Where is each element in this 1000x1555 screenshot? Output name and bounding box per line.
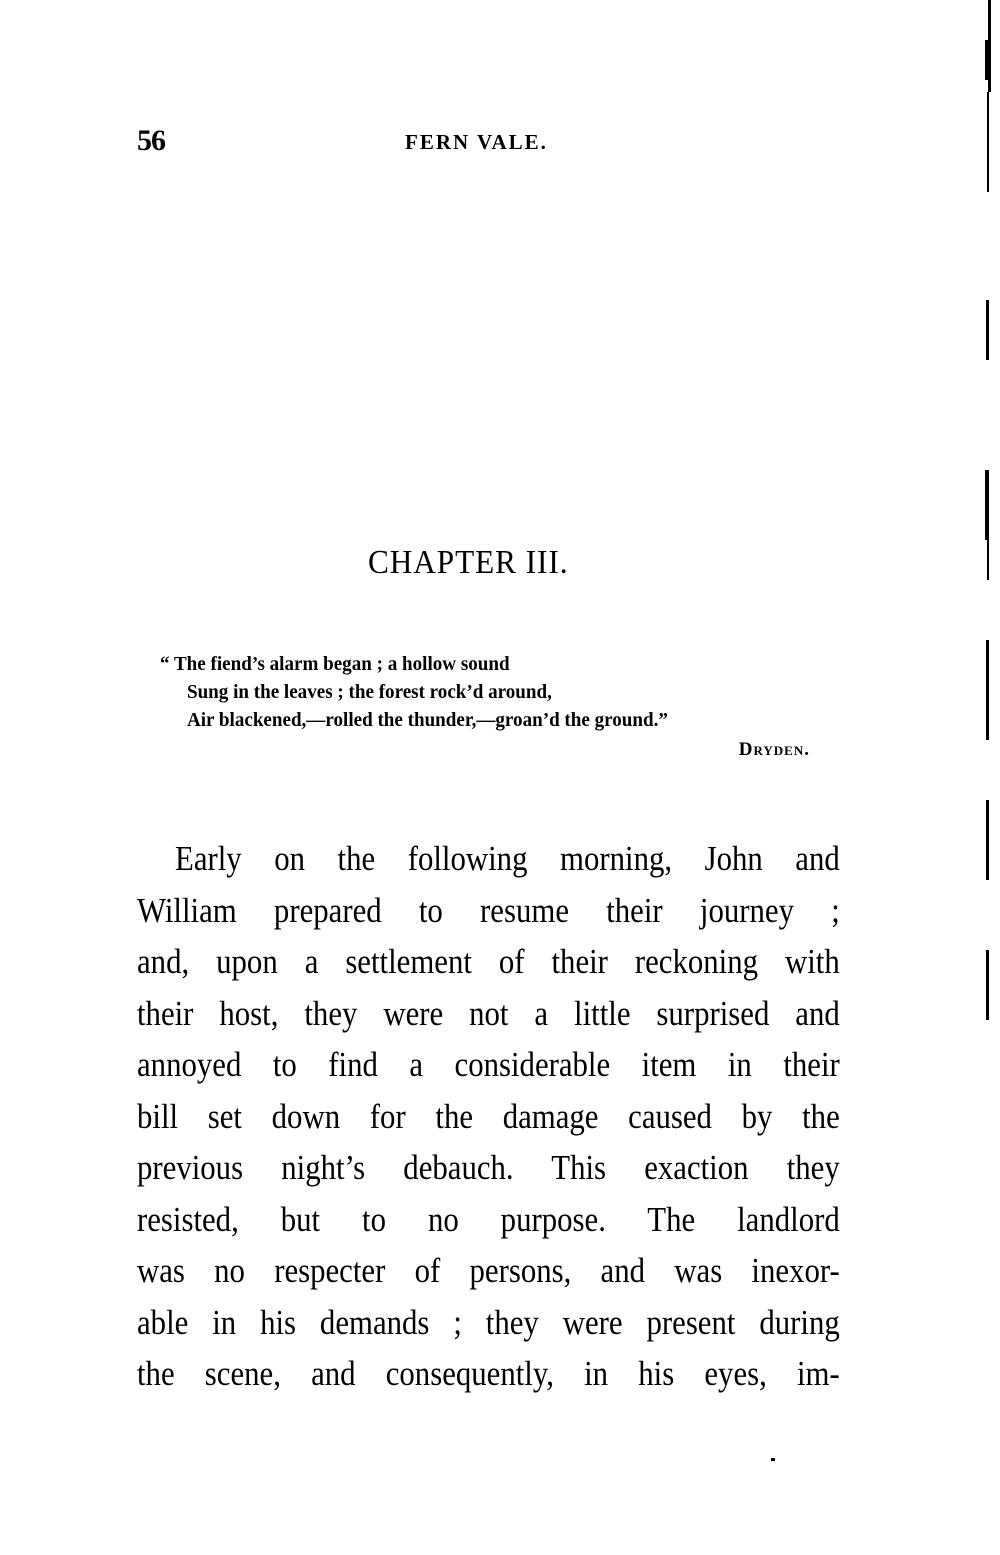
text-line: was no respecter of persons, and was ine… bbox=[137, 1245, 840, 1297]
text-line: their host, they were not a little surpr… bbox=[137, 988, 840, 1040]
text-line: bill set down for the damage caused by t… bbox=[137, 1091, 840, 1143]
chapter-title: CHAPTER III. bbox=[368, 544, 568, 582]
text-line: the scene, and consequently, in his eyes… bbox=[137, 1348, 840, 1400]
scan-speck bbox=[771, 1458, 775, 1461]
scan-edge-mark bbox=[986, 950, 989, 1020]
body-paragraph: Early on the following morning, John and… bbox=[137, 833, 840, 1400]
text-line: William prepared to resume their journey… bbox=[137, 885, 840, 937]
text-line: and, upon a settlement of their reckonin… bbox=[137, 936, 840, 988]
text-line: resisted, but to no purpose. The landlor… bbox=[137, 1194, 840, 1246]
epigraph-attribution: Dryden. bbox=[160, 736, 840, 764]
epigraph-line: Sung in the leaves ; the forest rock’d a… bbox=[160, 678, 792, 706]
scan-edge-mark bbox=[986, 800, 989, 880]
text-line-content: was no respecter of persons, and was ine… bbox=[137, 1245, 840, 1297]
scan-edge-mark bbox=[985, 470, 989, 540]
text-line-content: their host, they were not a little surpr… bbox=[137, 988, 840, 1040]
text-line-content: previous night’s debauch. This exaction … bbox=[137, 1142, 840, 1194]
scan-edge-mark bbox=[985, 40, 990, 80]
epigraph: “ The fiend’s alarm began ; a hollow sou… bbox=[160, 650, 840, 764]
text-line-content: and, upon a settlement of their reckonin… bbox=[137, 936, 840, 988]
text-line-content: resisted, but to no purpose. The landlor… bbox=[137, 1194, 840, 1246]
scan-edge-mark bbox=[986, 640, 989, 740]
epigraph-line: Air blackened,—rolled the thunder,—groan… bbox=[160, 706, 792, 734]
scan-edge-mark bbox=[987, 92, 989, 192]
text-line: previous night’s debauch. This exaction … bbox=[137, 1142, 840, 1194]
text-line: annoyed to find a considerable item in t… bbox=[137, 1039, 840, 1091]
text-line-content: William prepared to resume their journey… bbox=[137, 885, 840, 937]
book-page: { "header": { "page_number": "56", "runn… bbox=[0, 0, 1000, 1555]
scan-edge-mark bbox=[987, 540, 989, 580]
text-line-content: able in his demands ; they were present … bbox=[137, 1297, 840, 1349]
text-line: Early on the following morning, John and bbox=[137, 833, 840, 885]
epigraph-line: “ The fiend’s alarm began ; a hollow sou… bbox=[160, 650, 792, 678]
text-line-content: bill set down for the damage caused by t… bbox=[137, 1091, 840, 1143]
text-line-content: the scene, and consequently, in his eyes… bbox=[137, 1348, 840, 1400]
text-line-content: Early on the following morning, John and bbox=[175, 833, 840, 885]
text-line: able in his demands ; they were present … bbox=[137, 1297, 840, 1349]
page-number: 56 bbox=[137, 124, 165, 158]
scan-edge-mark bbox=[986, 300, 989, 360]
running-head: FERN VALE. bbox=[405, 130, 548, 155]
text-line-content: annoyed to find a considerable item in t… bbox=[137, 1039, 840, 1091]
